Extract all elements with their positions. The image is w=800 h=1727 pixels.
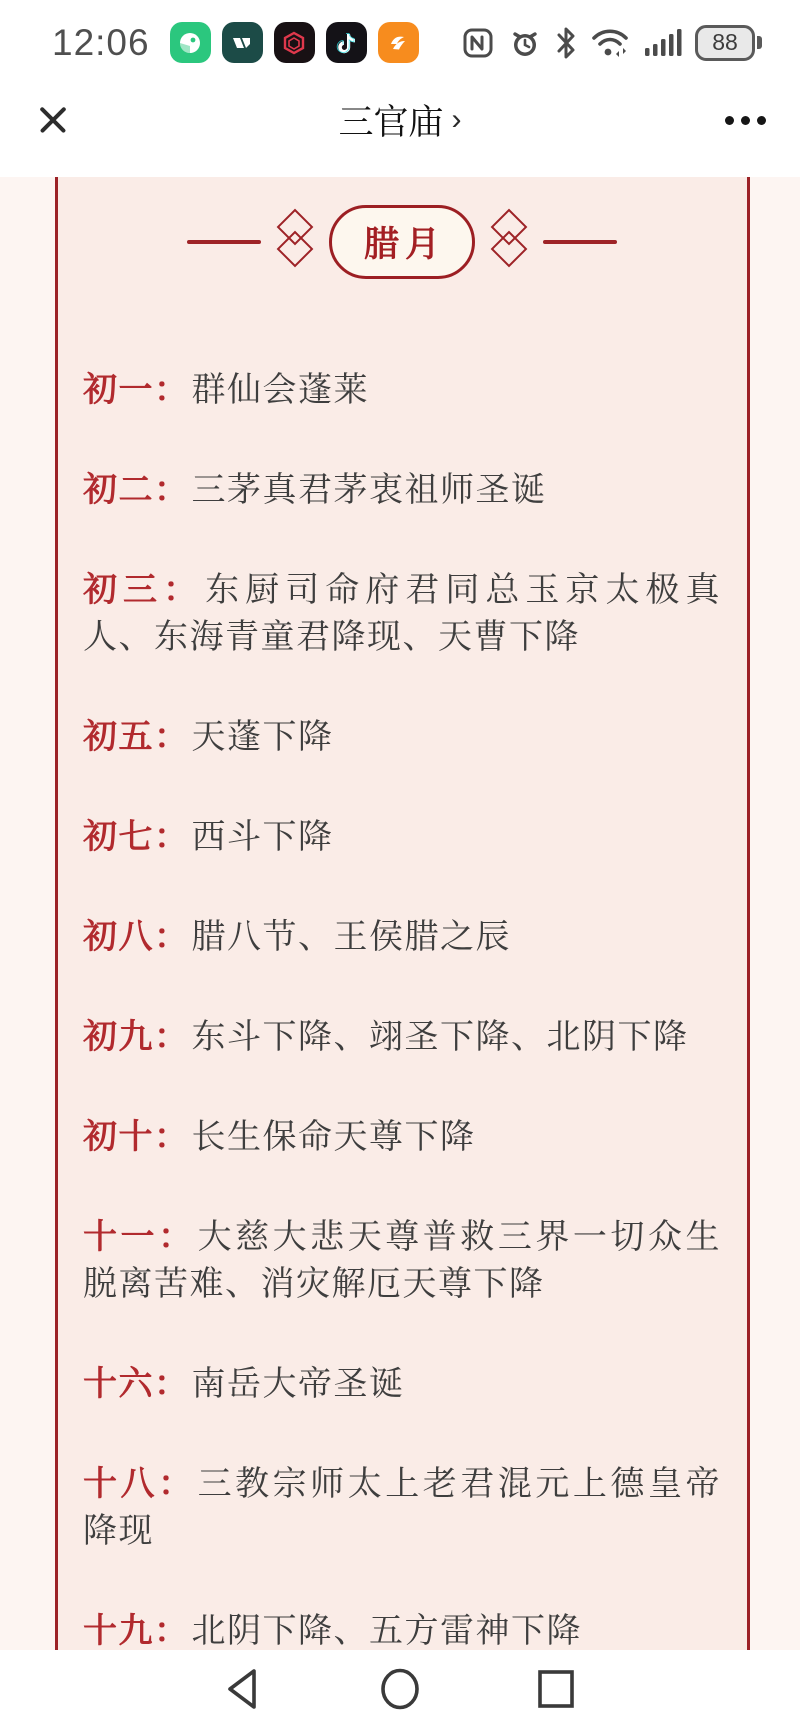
alarm-clock-icon (507, 25, 543, 61)
entry-text: 三茅真君茅衷祖师圣诞 (192, 471, 547, 509)
wifi-icon (589, 25, 631, 61)
month-badge: 腊月 (329, 205, 475, 279)
festival-card: 腊月 初一：群仙会蓬莱 初二：三茅真君茅衷祖师圣诞 初三：东厨司命府君同总玉京太… (55, 177, 750, 1650)
recents-button[interactable] (534, 1665, 578, 1713)
notification-app-icons (170, 22, 419, 63)
entry-text: 腊八节、王侯腊之辰 (192, 918, 512, 956)
entry-colon: ： (154, 1612, 190, 1650)
entry-date: 十九 (83, 1612, 154, 1650)
chevron-right-icon: › (452, 103, 462, 137)
battery-nub (757, 36, 762, 49)
festival-entry: 初十：长生保命天尊下降 (83, 1114, 721, 1161)
festival-list: 初一：群仙会蓬莱 初二：三茅真君茅衷祖师圣诞 初三：东厨司命府君同总玉京太极真人… (83, 367, 721, 1650)
month-header: 腊月 (83, 205, 721, 279)
status-system-icons: 88 (461, 25, 762, 61)
entry-colon: ： (163, 571, 203, 609)
festival-entry: 初五：天蓬下降 (83, 714, 721, 761)
tiktok-app-icon (326, 22, 367, 63)
entry-text: 北阴下降、五方雷神下降 (192, 1612, 583, 1650)
battery-percent: 88 (695, 25, 755, 61)
bluetooth-icon (555, 26, 577, 60)
nav-bar: 三官庙 › (0, 85, 800, 155)
page-title[interactable]: 三官庙 › (338, 95, 461, 145)
black-hexagon-app-icon (274, 22, 315, 63)
green-bird-app-icon (170, 22, 211, 63)
entry-colon: ： (154, 1118, 190, 1156)
clock-time: 12:06 (52, 22, 150, 64)
entry-text: 群仙会蓬莱 (192, 371, 370, 409)
entry-text: 南岳大帝圣诞 (192, 1365, 405, 1403)
deco-line-left (187, 240, 261, 244)
deco-diamonds-left-icon (277, 212, 313, 272)
entry-text: 东斗下降、翊圣下降、北阴下降 (192, 1018, 689, 1056)
festival-entry: 十一：大慈大悲天尊普救三界一切众生脱离苦难、消灾解厄天尊下降 (83, 1214, 721, 1308)
entry-colon: ： (154, 818, 190, 856)
entry-date: 初五 (83, 718, 154, 756)
teal-ribbon-app-icon (222, 22, 263, 63)
deco-diamonds-right-icon (491, 212, 527, 272)
nfc-icon (461, 26, 495, 60)
entry-colon: ： (154, 471, 190, 509)
festival-entry: 初二：三茅真君茅衷祖师圣诞 (83, 467, 721, 514)
entry-date: 十一 (83, 1218, 158, 1256)
more-menu-icon[interactable] (725, 106, 766, 135)
deco-line-right (543, 240, 617, 244)
signal-bars-icon (643, 26, 683, 60)
back-button[interactable] (222, 1665, 266, 1713)
entry-text: 西斗下降 (192, 818, 334, 856)
orange-stripes-app-icon (378, 22, 419, 63)
festival-entry: 初八：腊八节、王侯腊之辰 (83, 914, 721, 961)
nav-content-spacer (0, 155, 800, 177)
entry-date: 初八 (83, 918, 154, 956)
entry-colon: ： (154, 371, 190, 409)
entry-date: 初九 (83, 1018, 154, 1056)
battery-indicator: 88 (695, 25, 762, 61)
entry-colon: ： (154, 1365, 190, 1403)
entry-date: 初三 (83, 571, 163, 609)
entry-text: 长生保命天尊下降 (192, 1118, 476, 1156)
entry-colon: ： (154, 718, 190, 756)
festival-entry: 初九：东斗下降、翊圣下降、北阴下降 (83, 1014, 721, 1061)
festival-entry: 十九：北阴下降、五方雷神下降 (83, 1608, 721, 1650)
entry-date: 初十 (83, 1118, 154, 1156)
entry-date: 初一 (83, 371, 154, 409)
entry-colon: ： (158, 1218, 196, 1256)
entry-date: 十六 (83, 1365, 154, 1403)
close-icon[interactable] (34, 100, 74, 140)
festival-entry: 十六：南岳大帝圣诞 (83, 1361, 721, 1408)
entry-text: 天蓬下降 (192, 718, 334, 756)
page-title-text: 三官庙 (338, 95, 443, 145)
status-bar: 12:06 88 (0, 0, 800, 85)
home-button[interactable] (376, 1665, 424, 1713)
festival-entry: 初七：西斗下降 (83, 814, 721, 861)
article-background: 腊月 初一：群仙会蓬莱 初二：三茅真君茅衷祖师圣诞 初三：东厨司命府君同总玉京太… (0, 177, 800, 1650)
entry-colon: ： (154, 1018, 190, 1056)
entry-colon: ： (158, 1465, 196, 1503)
entry-date: 初二 (83, 471, 154, 509)
android-navigation-bar (0, 1650, 800, 1727)
entry-colon: ： (154, 918, 190, 956)
festival-entry: 初三：东厨司命府君同总玉京太极真人、东海青童君降现、天曹下降 (83, 567, 721, 661)
entry-date: 初七 (83, 818, 154, 856)
festival-entry: 十八：三教宗师太上老君混元上德皇帝降现 (83, 1461, 721, 1555)
entry-date: 十八 (83, 1465, 158, 1503)
festival-entry: 初一：群仙会蓬莱 (83, 367, 721, 414)
